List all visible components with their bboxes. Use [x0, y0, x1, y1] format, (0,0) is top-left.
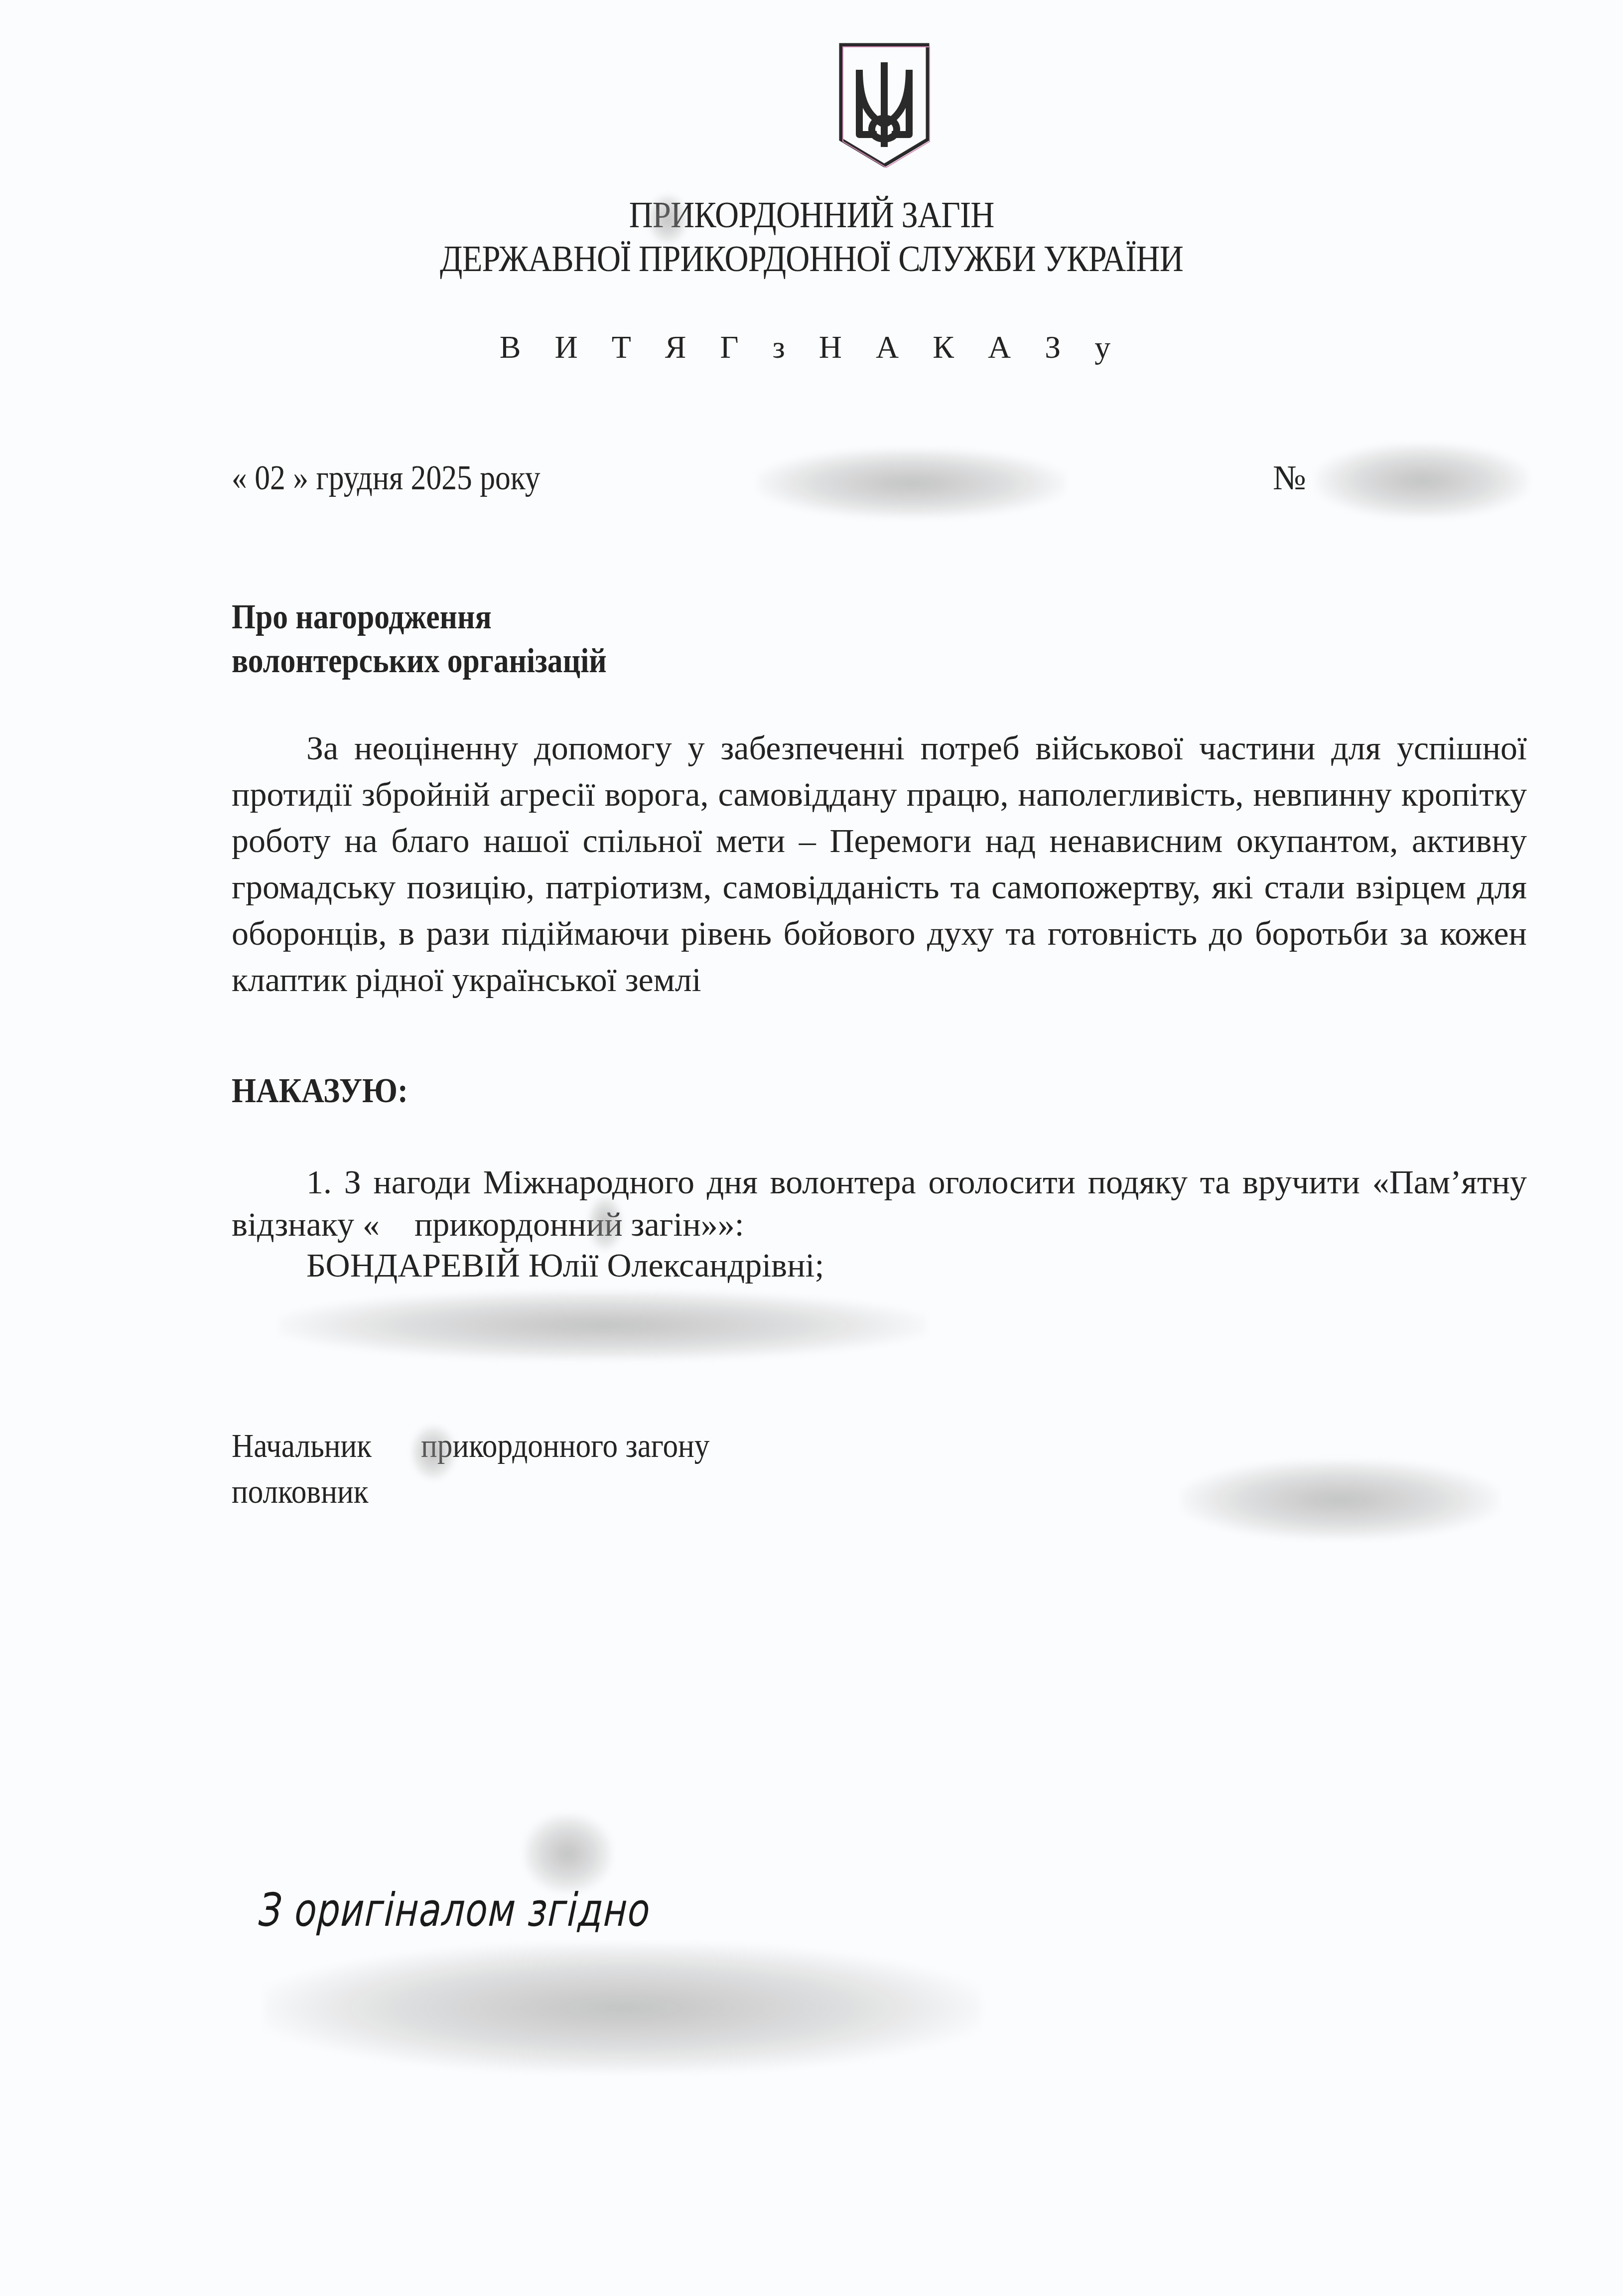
document-page: ПРИКОРДОННИЙ ЗАГІН ДЕРЖАВНОЇ ПРИКОРДОННО… — [0, 0, 1623, 2296]
order-item-1: 1. З нагоди Міжнародного дня волонтера о… — [232, 1161, 1527, 1246]
subject-line-1: Про нагородження — [232, 595, 607, 639]
order-subject: Про нагородження волонтерських організац… — [232, 595, 607, 683]
order-date: « 02 » грудня 2025 року — [232, 458, 541, 498]
handwritten-certification: З оригіналом згідно — [258, 1883, 652, 1937]
recipient-1: БОНДАРЕВІЙ Юлії Олександрівні; — [306, 1246, 824, 1285]
signer-position-part1: Начальник — [232, 1427, 372, 1464]
signer-position-part2: прикордонного загону — [421, 1427, 709, 1464]
redacted-unit-number — [588, 1196, 623, 1251]
redacted-order-number — [1315, 443, 1529, 518]
order-directive: НАКАЗУЮ: — [232, 1071, 408, 1111]
subject-line-2: волонтерських організацій — [232, 639, 607, 683]
signer-position: Начальникприкордонного загону — [232, 1423, 709, 1468]
order-number-label: № — [1273, 458, 1306, 498]
redacted-certifier — [264, 1943, 981, 2073]
org-name-line-1: ПРИКОРДОННИЙ ЗАГІН — [81, 194, 1542, 237]
coat-of-arms-icon — [837, 40, 932, 169]
redacted-location — [757, 448, 1066, 518]
org-name-line-2: ДЕРЖАВНОЇ ПРИКОРДОННОЇ СЛУЖБИ УКРАЇНИ — [81, 238, 1542, 281]
redacted-recipient-2 — [279, 1291, 927, 1360]
redacted-unit-number — [411, 1425, 456, 1480]
signature-block: Начальникприкордонного загону полковник — [232, 1423, 709, 1514]
item-number: 1. — [306, 1163, 332, 1201]
document-type: В И Т Я Г з Н А К А З у — [0, 329, 1623, 366]
redacted-unit-number — [648, 194, 687, 244]
redacted-signature — [523, 1814, 613, 1893]
item-text-part2: прикордонний загін»»: — [414, 1205, 744, 1243]
signer-rank: полковник — [232, 1468, 709, 1514]
redacted-signer-name — [1181, 1460, 1499, 1540]
preamble-paragraph: За неоціненну допомогу у забезпеченні по… — [232, 725, 1527, 1003]
